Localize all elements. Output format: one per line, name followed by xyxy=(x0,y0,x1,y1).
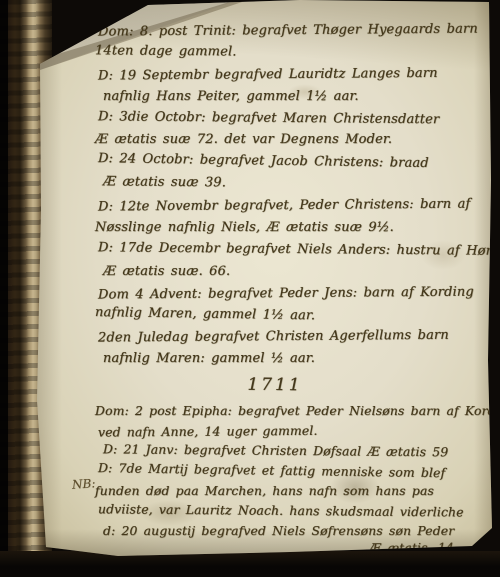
register-entry-line: Æ ætatis suæ. 66. xyxy=(103,261,492,283)
book-photograph: NB: Dom: 8. post Trinit: begrafvet Thøge… xyxy=(0,0,500,577)
register-entry-line: D: 17de Decembr begrafvet Niels Anders: … xyxy=(98,237,492,262)
register-entry-line: Dom: 2 post Epipha: begrafvet Peder Niel… xyxy=(95,401,492,421)
register-entry-line: Dom: 8. post Trinit: begrafvet Thøger Hy… xyxy=(98,18,492,43)
margin-note-nb: NB: xyxy=(72,476,96,492)
register-entry-line: d: 20 augustij begrafved Niels Søfrensøn… xyxy=(103,521,492,541)
register-entry-line: nafnlig Hans Peiter, gammel 1½ aar. xyxy=(103,86,492,108)
register-entry-line: D: 3die Octobr: begrafvet Maren Christen… xyxy=(98,106,492,131)
register-entry-line: funden død paa Marchen, hans nafn som ha… xyxy=(95,481,492,501)
manuscript-text-block: Dom: 8. post Trinit: begrafvet Thøger Hy… xyxy=(98,12,492,557)
register-entry-line: D: 12te Novembr begrafvet, Peder Christe… xyxy=(98,194,492,219)
register-entry-line: 14ten dage gammel. xyxy=(95,40,492,65)
register-entry-line: 2den Juledag begrafvet Christen Agerfell… xyxy=(98,325,492,350)
manuscript-page: NB: Dom: 8. post Trinit: begrafvet Thøge… xyxy=(0,0,500,577)
photo-dark-bottom-edge xyxy=(0,551,500,577)
register-entry-line: Nøsslinge nafnlig Niels, Æ ætatis suæ 9½… xyxy=(95,217,492,239)
register-entry-line: nafnlig Maren: gammel ½ aar. xyxy=(103,348,492,370)
year-heading: 1711 xyxy=(98,372,452,399)
register-entry-line: D: 19 Septembr begrafved Lauridtz Langes… xyxy=(98,62,492,87)
register-entry-line: udviiste, var Lauritz Noach. hans skudsm… xyxy=(98,499,492,522)
